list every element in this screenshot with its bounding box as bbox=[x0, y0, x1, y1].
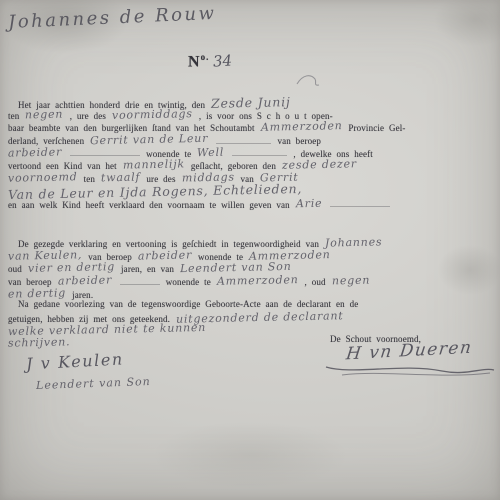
printed-text: Provincie Gel- bbox=[348, 123, 405, 133]
schout-signature: H vn Dueren bbox=[322, 341, 497, 381]
text-line: getuigen, hebben zij met ons geteekend.u… bbox=[8, 312, 494, 325]
act-number: No. 34 bbox=[188, 52, 232, 71]
printed-text: , ure des bbox=[70, 111, 106, 121]
handwritten-text: Ammerzoden bbox=[261, 120, 343, 135]
handwritten-text: voornoemd bbox=[8, 170, 78, 184]
text-line: van beroeparbeiderwonende teAmmerzoden, … bbox=[8, 275, 494, 288]
handwritten-text: Zesde Junij bbox=[211, 94, 291, 111]
printed-text: wonende te bbox=[166, 277, 211, 287]
handwritten-text: Arie bbox=[296, 196, 323, 210]
printed-text: oud bbox=[8, 264, 22, 274]
text-line: Na gedane voorlezing van de tegenswoordi… bbox=[8, 299, 494, 312]
printed-text: derland, verſchenen bbox=[8, 136, 84, 146]
handwritten-text: Gerrit van de Leur bbox=[90, 132, 208, 147]
text-line: Het jaar achttien honderd drie en twinti… bbox=[8, 96, 494, 109]
printed-text: ten bbox=[84, 174, 95, 184]
handwritten-text: arbeider bbox=[138, 248, 192, 262]
act-number-label: No. bbox=[188, 52, 209, 71]
paragraph-declaration: Het jaar achttien honderd drie en twinti… bbox=[8, 96, 494, 210]
printed-text: , oud bbox=[305, 277, 326, 287]
printed-text: Na gedane voorlezing van de tegenswoordi… bbox=[18, 299, 358, 309]
printed-text: van beroep bbox=[277, 136, 321, 146]
stray-ink-mark bbox=[295, 72, 321, 88]
text-line: derland, verſchenenGerrit van de Leurvan… bbox=[8, 134, 494, 147]
paragraph-witnesses: De gezegde verklaring en vertooning is g… bbox=[8, 237, 494, 300]
form-blank-line bbox=[330, 202, 390, 207]
handwritten-text: voormiddags bbox=[112, 107, 193, 122]
handwritten-text: Well bbox=[197, 145, 224, 159]
text-line: vertoond een Kind van hetmannelijkgeſlac… bbox=[8, 159, 494, 172]
form-blank-line bbox=[120, 280, 160, 285]
handwritten-text: negen bbox=[332, 274, 370, 288]
form-blank-line bbox=[232, 151, 287, 156]
form-blank-line bbox=[70, 151, 140, 156]
text-line: welke verklaard niet te kunnen bbox=[8, 324, 494, 337]
handwritten-text: Ammerzoden bbox=[217, 273, 299, 288]
witness1-signature: J v Keulen bbox=[26, 349, 125, 373]
handwritten-text: negen bbox=[25, 107, 63, 121]
printed-text: baar beambte van den burgerlijken ſtand … bbox=[8, 123, 255, 133]
text-line: Van de Leur en Ijda Rogens, Echtelieden, bbox=[8, 185, 494, 198]
handwritten-text: arbeider bbox=[8, 145, 62, 159]
handwritten-text: twaalf bbox=[101, 171, 141, 185]
schout-signature-text: H vn Dueren bbox=[345, 338, 474, 365]
form-blank-line bbox=[216, 139, 271, 144]
printed-text: van beroep bbox=[8, 277, 52, 287]
printed-text: ure des bbox=[146, 174, 175, 184]
text-line: tennegen, ure desvoormiddags, is voor on… bbox=[8, 109, 494, 122]
handwritten-text: Johannes bbox=[325, 235, 383, 249]
witness2-signature: Leendert van Son bbox=[36, 375, 151, 392]
text-line: arbeiderwonende teWell, dewelke ons heef… bbox=[8, 147, 494, 160]
printed-text: De gezegde verklaring en vertooning is g… bbox=[18, 239, 319, 249]
text-line: baar beambte van den burgerlijken ſtand … bbox=[8, 121, 494, 134]
printed-text: jaren, en van bbox=[121, 264, 174, 274]
act-number-value: 34 bbox=[213, 52, 233, 71]
handwritten-text: schrijven. bbox=[8, 335, 71, 349]
witness-signature-block: J v Keulen Leendert van Son bbox=[26, 352, 151, 392]
printed-text: ten bbox=[8, 111, 19, 121]
